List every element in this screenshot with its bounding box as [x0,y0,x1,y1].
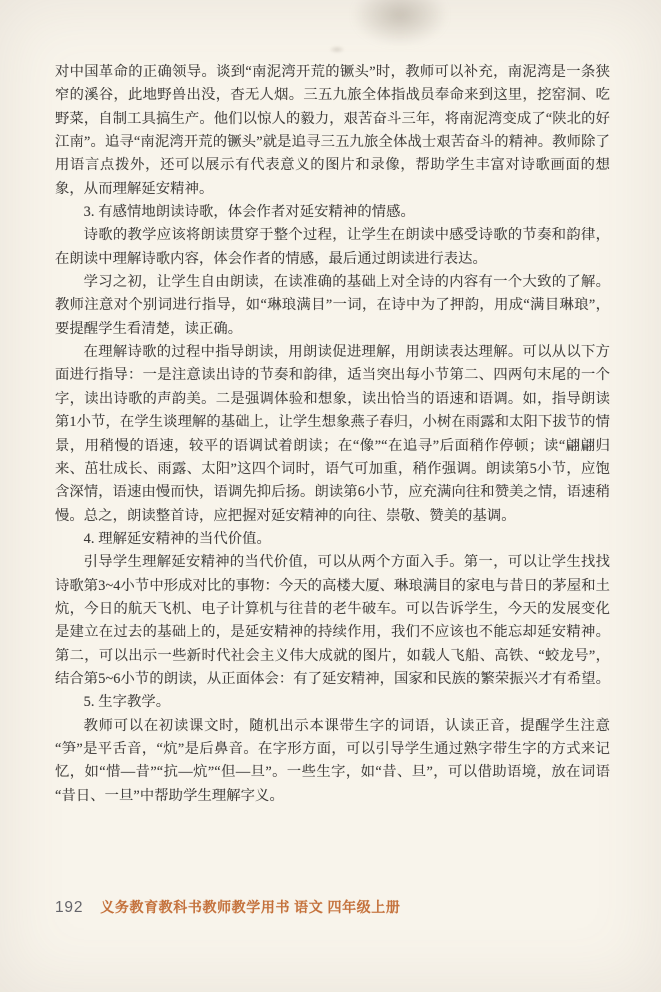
numbered-item-3: 3. 有感情地朗读诗歌，体会作者对延安精神的情感。 [55,201,610,224]
paragraph-reading-overview: 诗歌的教学应该将朗读贯穿于整个过程，让学生在朗读中感受诗歌的节奏和韵律，在朗读中… [55,224,610,271]
paragraph-initial-reading: 学习之初，让学生自由朗读，在读准确的基础上对全诗的内容有一个大致的了解。教师注意… [55,271,610,341]
footer-book-title: 义务教育教科书教师教学用书 语文 四年级上册 [100,897,400,917]
scan-dot-artifact [330,46,344,53]
numbered-item-4: 4. 理解延安精神的当代价值。 [55,528,610,551]
numbered-item-5: 5. 生字教学。 [55,691,610,714]
page-number: 192 [55,899,83,917]
page-footer: 192 义务教育教科书教师教学用书 语文 四年级上册 [55,897,400,917]
scan-smudge-artifact [355,0,445,44]
paragraph-contemporary-value: 引导学生理解延安精神的当代价值，可以从两个方面入手。第一，可以让学生找找诗歌第3… [55,551,610,691]
paragraph-continuation: 对中国革命的正确领导。谈到“南泥湾开荒的镢头”时，教师可以补充，南泥湾是一条狭窄… [55,61,610,201]
book-page: 对中国革命的正确领导。谈到“南泥湾开荒的镢头”时，教师可以补充，南泥湾是一条狭窄… [0,0,661,992]
paragraph-reading-guidance: 在理解诗歌的过程中指导朗读，用朗读促进理解，用朗读表达理解。可以从以下方面进行指… [55,341,610,528]
paragraph-character-teaching: 教师可以在初读课文时，随机出示本课带生字的词语，认读正音，提醒学生注意“笋”是平… [55,715,610,808]
page-content: 对中国革命的正确领导。谈到“南泥湾开荒的镢头”时，教师可以补充，南泥湾是一条狭窄… [55,61,610,808]
